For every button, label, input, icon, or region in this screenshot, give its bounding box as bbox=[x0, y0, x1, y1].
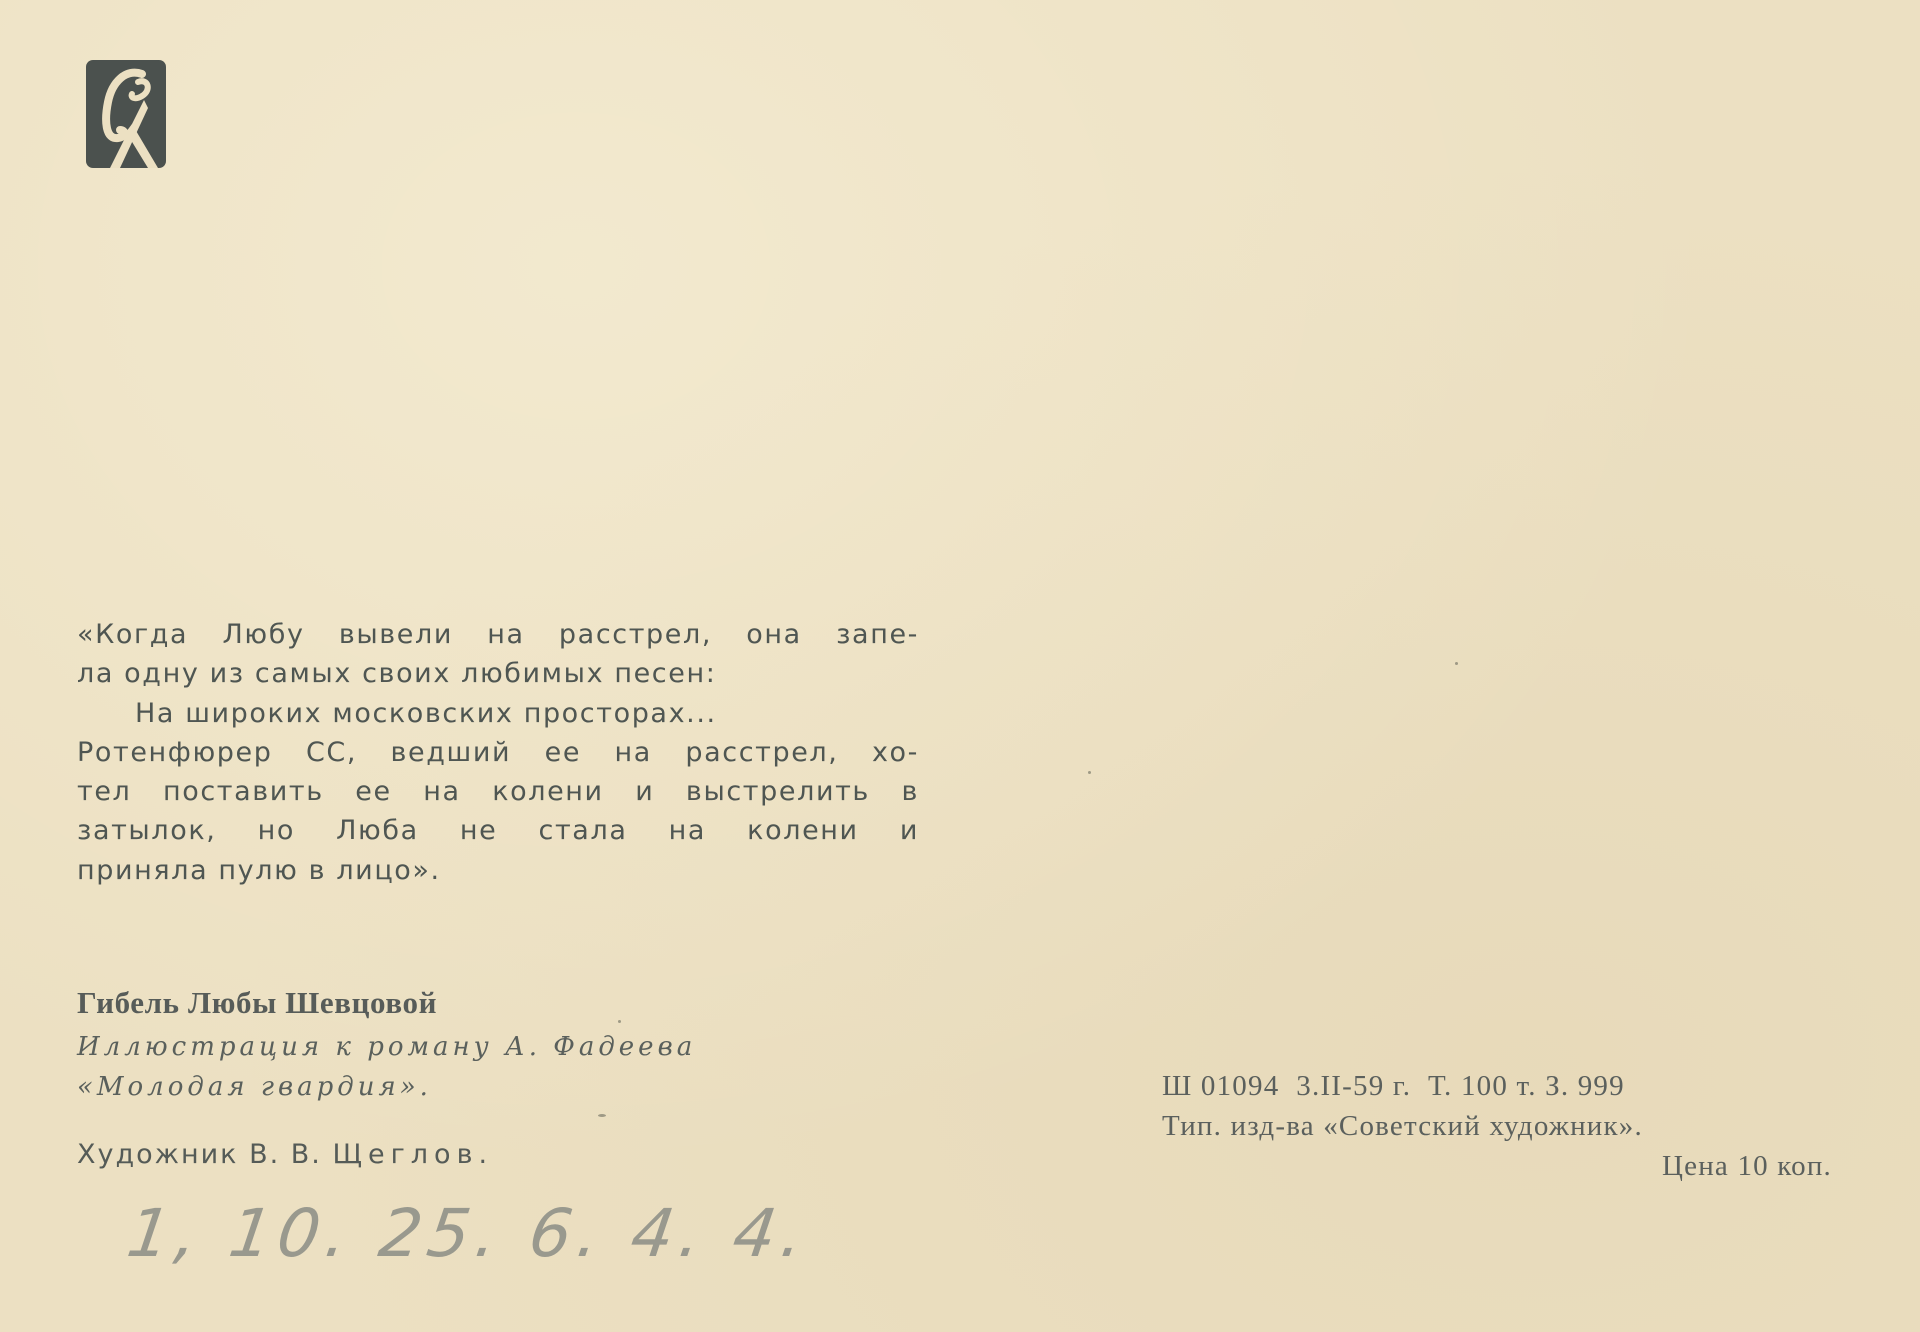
quote-line-song: На широких московских просторах... bbox=[77, 694, 919, 733]
subtitle-line: Иллюстрация к роману А. Фадеева bbox=[77, 1027, 696, 1067]
imprint-printer-line: Тип. изд-ва «Советский художник». bbox=[1162, 1106, 1832, 1146]
paper-speck bbox=[1455, 662, 1458, 665]
artist-prefix: Художник В. В. bbox=[77, 1139, 322, 1170]
imprint-price: Цена 10 коп. bbox=[1162, 1146, 1832, 1186]
quote-line: Ротенфюрер СС, ведший ее на расстрел, хо… bbox=[77, 733, 919, 772]
artwork-subtitle: Иллюстрация к роману А. Фадеева «Молодая… bbox=[77, 1027, 696, 1107]
handwritten-pencil-note: 1, 10. 25. 6. 4. 4. bbox=[123, 1195, 815, 1272]
quote-line: ла одну из самых своих любимых песен: bbox=[77, 654, 919, 693]
quote-line: тел поставить ее на колени и выстрелить … bbox=[77, 772, 919, 811]
artwork-caption: Гибель Любы Шевцовой Иллюстрация к роман… bbox=[77, 985, 696, 1170]
subtitle-line: «Молодая гвардия». bbox=[77, 1067, 696, 1107]
imprint-code-line: Ш 01094 3.II-59 г. Т. 100 т. З. 999 bbox=[1162, 1066, 1832, 1106]
printing-imprint: Ш 01094 3.II-59 г. Т. 100 т. З. 999 Тип.… bbox=[1162, 1066, 1832, 1186]
quote-line: «Когда Любу вывели на расстрел, она запе… bbox=[77, 615, 919, 654]
artist-surname: Щеглов. bbox=[332, 1139, 493, 1170]
paper-speck bbox=[1088, 771, 1091, 774]
paper-speck bbox=[598, 1114, 606, 1117]
artwork-title: Гибель Любы Шевцовой bbox=[77, 985, 696, 1021]
quote-line: затылок, но Люба не стала на колени и bbox=[77, 811, 919, 850]
paper-speck bbox=[618, 1020, 621, 1023]
quote-line: приняла пулю в лицо». bbox=[77, 851, 919, 890]
publisher-logo bbox=[86, 60, 166, 168]
sovetsky-khudozhnik-monogram-icon bbox=[86, 60, 166, 168]
artist-credit: Художник В. В. Щеглов. bbox=[77, 1139, 696, 1170]
quote-paragraph: «Когда Любу вывели на расстрел, она запе… bbox=[77, 615, 919, 890]
